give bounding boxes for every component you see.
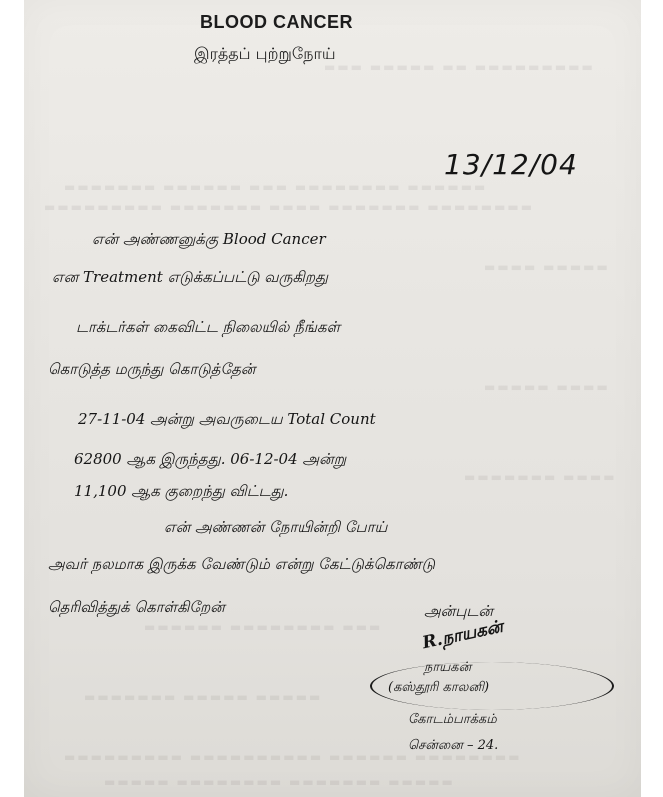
document-heading-tamil: இரத்தப் புற்றுநோய் bbox=[194, 44, 336, 65]
letter-line-5: 27-11-04 அன்று அவருடைய Total Count bbox=[78, 410, 376, 430]
signature: R.நாயகன் bbox=[421, 617, 506, 656]
bleed-through-text: ▬▬▬▬▬ ▬▬▬▬ bbox=[484, 380, 610, 394]
letter-closing: அன்புடன் bbox=[424, 602, 493, 622]
bleed-through-text: ▬▬▬▬▬▬▬ ▬▬▬▬ bbox=[464, 470, 617, 484]
bleed-through-text: ▬▬▬▬▬▬▬▬▬ ▬▬▬▬▬▬▬ ▬▬▬▬ ▬▬▬▬▬▬▬ ▬▬▬▬▬▬▬▬ bbox=[44, 200, 534, 214]
sender-area: (கஸ்தூரி காலனி) bbox=[388, 680, 489, 696]
letter-line-6: 62800 ஆக இருந்தது. 06-12-04 அன்று bbox=[74, 450, 346, 470]
letter-date: 13/12/04 bbox=[444, 148, 578, 181]
letter-page: ▬▬▬ ▬▬▬▬▬ ▬▬ ▬▬▬▬▬▬▬▬▬ ▬▬▬▬▬▬▬ ▬▬▬▬▬▬ ▬▬… bbox=[24, 0, 641, 797]
sender-city: சென்னை – 24. bbox=[408, 738, 498, 754]
bleed-through-text: ▬▬▬▬ ▬▬▬▬▬ bbox=[484, 260, 610, 274]
letter-line-10: தெரிவித்துக் கொள்கிறேன் bbox=[48, 598, 225, 618]
document-heading: BLOOD CANCER bbox=[200, 12, 353, 33]
bleed-through-text: ▬▬▬▬▬▬ ▬▬▬▬▬▬▬▬ ▬▬▬ bbox=[144, 620, 382, 634]
letter-line-1: என் அண்ணனுக்கு Blood Cancer bbox=[92, 230, 326, 250]
bleed-through-text: ▬▬▬▬▬▬▬ ▬▬▬▬▬ ▬▬▬▬▬ bbox=[84, 690, 322, 704]
letter-line-9: அவர் நலமாக இருக்க வேண்டும் என்று கேட்டுக… bbox=[48, 555, 435, 575]
bleed-through-text: ▬▬▬ ▬▬▬▬▬ ▬▬ ▬▬▬▬▬▬▬▬▬ bbox=[324, 60, 595, 74]
letter-line-4: கொடுத்த மருந்து கொடுத்தேன் bbox=[48, 360, 255, 380]
bleed-through-text: ▬▬▬▬▬▬▬ ▬▬▬▬▬▬ ▬▬▬ ▬▬▬▬▬▬▬▬ ▬▬▬▬▬▬ bbox=[64, 180, 487, 194]
letter-line-7: 11,100 ஆக குறைந்து விட்டது. bbox=[74, 482, 288, 502]
letter-line-3: டாக்டர்கள் கைவிட்ட நிலையில் நீங்கள் bbox=[76, 318, 340, 338]
letter-line-8: என் அண்ணன் நோயின்றி போய் bbox=[164, 518, 387, 538]
bleed-through-text: ▬▬▬▬▬ ▬▬▬▬▬▬▬▬ ▬▬▬▬▬▬▬ ▬▬▬▬▬ bbox=[104, 775, 455, 789]
sender-locality: கோடம்பாக்கம் bbox=[408, 712, 497, 728]
letter-line-2: என Treatment எடுக்கப்பட்டு வருகிறது bbox=[52, 268, 328, 288]
